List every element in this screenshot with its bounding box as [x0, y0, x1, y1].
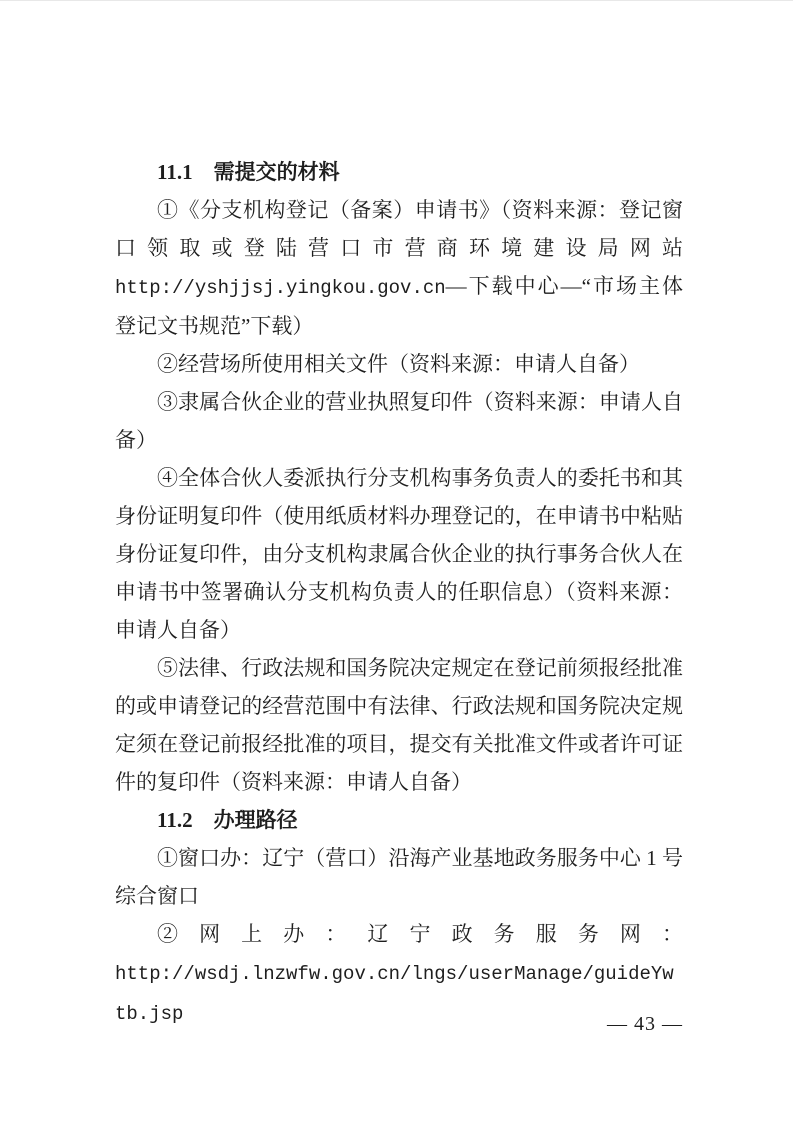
- material-item-4: ④全体合伙人委派执行分支机构事务负责人的委托书和其身份证明复印件（使用纸质材料办…: [115, 459, 683, 649]
- material-item-1-text-before-url: ①《分支机构登记（备案）申请书》（资料来源：登记窗口领取或登陆营口市营商环境建设…: [115, 198, 683, 260]
- section-heading-11-2: 11.2 办理路径: [115, 801, 683, 839]
- document-body: 11.1 需提交的材料 ①《分支机构登记（备案）申请书》（资料来源：登记窗口领取…: [115, 153, 683, 1033]
- material-item-1: ①《分支机构登记（备案）申请书》（资料来源：登记窗口领取或登陆营口市营商环境建设…: [115, 191, 683, 345]
- page-number: — 43 —: [115, 1009, 683, 1039]
- material-item-5: ⑤法律、行政法规和国务院决定规定在登记前须报经批准的或申请登记的经营范围中有法律…: [115, 649, 683, 801]
- section-heading-11-1: 11.1 需提交的材料: [115, 153, 683, 191]
- path-item-1-window: ①窗口办：辽宁（营口）沿海产业基地政务服务中心 1 号综合窗口: [115, 839, 683, 915]
- material-item-2: ②经营场所使用相关文件（资料来源：申请人自备）: [115, 345, 683, 383]
- material-item-3: ③隶属合伙企业的营业执照复印件（资料来源：申请人自备）: [115, 383, 683, 459]
- path-item-2-text: ②网上办：辽宁政务服务网：: [157, 922, 683, 946]
- material-item-1-url: http://yshjjsj.yingkou.gov.cn: [115, 277, 446, 299]
- document-page: 11.1 需提交的材料 ①《分支机构登记（备案）申请书》（资料来源：登记窗口领取…: [0, 0, 793, 1122]
